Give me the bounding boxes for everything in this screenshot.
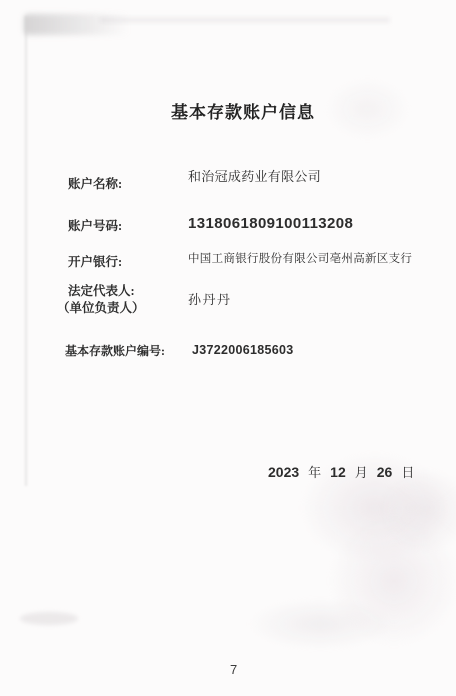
field-value-legal-representative: 孙丹丹 <box>188 292 232 308</box>
field-value-basic-account-code: J3722006185603 <box>192 343 294 358</box>
scan-streak-top <box>100 17 390 23</box>
field-label-legal-representative: 法定代表人: <box>68 284 135 299</box>
scan-blotch <box>248 598 393 650</box>
field-value-account-number: 1318061809100113208 <box>188 215 353 233</box>
scan-blotch <box>328 515 456 647</box>
date-year: 2023 <box>268 464 299 480</box>
date-day-unit: 日 <box>401 465 414 480</box>
date-year-unit: 年 <box>308 465 321 480</box>
date-day: 26 <box>377 464 393 480</box>
field-label-unit-responsible: （单位负责人） <box>57 301 145 316</box>
field-label-account-number: 账户号码: <box>68 219 122 234</box>
scan-edge-left <box>25 16 27 486</box>
field-label-account-name: 账户名称: <box>68 177 122 192</box>
field-label-bank: 开户银行: <box>68 255 122 270</box>
scanned-document-page: 基本存款账户信息 账户名称: 和治冠成药业有限公司 账户号码: 13180618… <box>0 0 456 696</box>
page-number: 7 <box>230 662 237 677</box>
scan-smudge-bottom-left <box>20 612 78 625</box>
field-value-account-name: 和治冠成药业有限公司 <box>188 169 321 185</box>
document-title: 基本存款账户信息 <box>171 103 315 123</box>
document-date: 2023年12月26日 <box>268 464 414 481</box>
scan-blotch <box>325 78 410 140</box>
scan-shadow-top-left <box>24 14 129 35</box>
field-label-basic-account-code: 基本存款账户编号: <box>65 344 165 358</box>
field-value-bank: 中国工商银行股份有限公司亳州高新区支行 <box>188 253 412 267</box>
date-month: 12 <box>330 464 346 480</box>
date-month-unit: 月 <box>355 465 368 480</box>
